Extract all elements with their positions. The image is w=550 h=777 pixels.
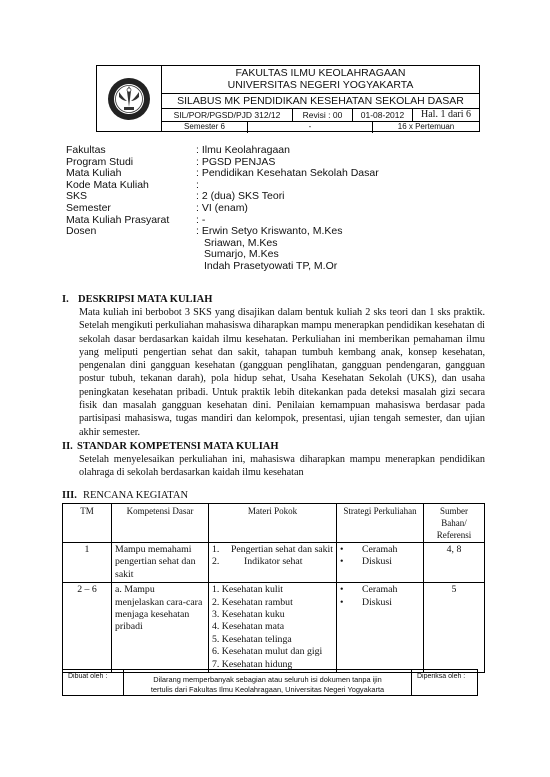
section-description-text: Mata kuliah ini berbobot 3 SKS yang disa…	[79, 306, 485, 439]
topic-item: 2. Kesehatan rambut	[212, 597, 333, 609]
info-value: : Ilmu Keolahragaan	[196, 145, 290, 157]
item-number: 2.	[212, 556, 244, 568]
semester-cell: Semester 6	[162, 122, 247, 133]
cell-materi: 1.Pengertian sehat dan sakit 2.Indikator…	[209, 543, 337, 583]
info-value: : Pendidikan Kesehatan Sekolah Dasar	[196, 168, 379, 180]
syllabus-title: SILABUS MK PENDIDIKAN KESEHATAN SEKOLAH …	[162, 93, 479, 108]
copyright-notice: Dilarang memperbanyak sebagian atau selu…	[124, 670, 412, 695]
section-competency-text: Setelah menyelesaikan perkuliahan ini, m…	[79, 453, 485, 480]
logo-cell	[97, 66, 162, 131]
header-sumber: Sumber Bahan/ Referensi	[424, 504, 485, 543]
lecturer-name: Indah Prasetyowati TP, M.Or	[66, 261, 337, 273]
section-number: III.	[62, 489, 83, 502]
document-header: FAKULTAS ILMU KEOLAHRAGAAN UNIVERSITAS N…	[96, 65, 480, 132]
info-row: Dosen: Erwin Setyo Kriswanto, M.Kes	[66, 226, 337, 238]
topic-item: 1. Kesehatan kulit	[212, 584, 333, 596]
faculty-name: FAKULTAS ILMU KEOLAHRAGAAN	[162, 67, 479, 79]
section-competency-heading: II.STANDAR KOMPETENSI MATA KULIAH	[62, 440, 279, 453]
cell-sumber: 4, 8	[424, 543, 485, 583]
university-seal-icon	[107, 77, 151, 121]
strategy-item: Diskusi	[340, 556, 420, 568]
strategy-item: Ceramah	[340, 544, 420, 556]
cell-strategi: Ceramah Diskusi	[337, 583, 424, 673]
header-kompetensi: Kompetensi Dasar	[112, 504, 209, 543]
notice-line: tertulis dari Fakultas Ilmu Keolahragaan…	[124, 685, 411, 695]
meetings-cell: 16 x Pertemuan	[372, 122, 479, 133]
topic-item: 5. Kesehatan telinga	[212, 634, 333, 646]
university-name: UNIVERSITAS NEGERI YOGYAKARTA	[162, 79, 479, 91]
cell-materi: 1. Kesehatan kulit 2. Kesehatan rambut 3…	[209, 583, 337, 673]
section-number: II.	[62, 440, 77, 453]
item-text: Indikator sehat	[244, 556, 303, 568]
topic-item: 3. Kesehatan kuku	[212, 609, 333, 621]
info-row: Fakultas: Ilmu Keolahragaan	[66, 145, 337, 157]
document-footer: Dibuat oleh : Dilarang memperbanyak seba…	[62, 669, 478, 696]
topic-item: 4. Kesehatan mata	[212, 621, 333, 633]
lecturer-name: Sriawan, M.Kes	[66, 238, 337, 250]
cell-kompetensi: Mampu memahami pengertian sehat dan saki…	[112, 543, 209, 583]
header-materi: Materi Pokok	[209, 504, 337, 543]
strategy-item: Ceramah	[340, 584, 420, 596]
section-description-heading: I.DESKRIPSI MATA KULIAH	[62, 293, 212, 306]
checked-by: Diperiksa oleh :	[412, 670, 477, 695]
cell-sumber: 5	[424, 583, 485, 673]
topic-item: 6. Kesehatan mulut dan gigi	[212, 646, 333, 658]
cell-kompetensi: a. Mampu menjelaskan cara-cara menjaga k…	[112, 583, 209, 673]
item-text: Pengertian sehat dan sakit	[231, 544, 333, 556]
info-row: Semester: VI (enam)	[66, 203, 337, 215]
header-strategi: Strategi Perkuliahan	[337, 504, 424, 543]
notice-line: Dilarang memperbanyak sebagian atau selu…	[124, 675, 411, 685]
info-value: : Erwin Setyo Kriswanto, M.Kes	[196, 226, 342, 238]
section-title: STANDAR KOMPETENSI MATA KULIAH	[77, 441, 279, 452]
course-info: Fakultas: Ilmu Keolahragaan Program Stud…	[66, 145, 337, 273]
strategy-item: Diskusi	[340, 597, 420, 609]
info-value: : VI (enam)	[196, 203, 248, 215]
section-title: DESKRIPSI MATA KULIAH	[78, 294, 212, 305]
section-title: RENCANA KEGIATAN	[83, 490, 188, 501]
table-header-row: TM Kompetensi Dasar Materi Pokok Strateg…	[63, 504, 485, 543]
info-label: Dosen	[66, 226, 196, 238]
item-number: 1.	[212, 544, 219, 556]
cell-strategi: Ceramah Diskusi	[337, 543, 424, 583]
header-tm: TM	[63, 504, 112, 543]
middle-cell: -	[247, 122, 372, 133]
info-label: Semester	[66, 203, 196, 215]
made-by: Dibuat oleh :	[63, 670, 124, 695]
cell-tm: 2 – 6	[63, 583, 112, 673]
section-number: I.	[62, 293, 78, 306]
cell-tm: 1	[63, 543, 112, 583]
section-plan-heading: III.RENCANA KEGIATAN	[62, 489, 188, 502]
table-row: 2 – 6 a. Mampu menjelaskan cara-cara men…	[63, 583, 485, 673]
activity-plan-table: TM Kompetensi Dasar Materi Pokok Strateg…	[62, 503, 485, 673]
info-label: Fakultas	[66, 145, 196, 157]
table-row: 1 Mampu memahami pengertian sehat dan sa…	[63, 543, 485, 583]
